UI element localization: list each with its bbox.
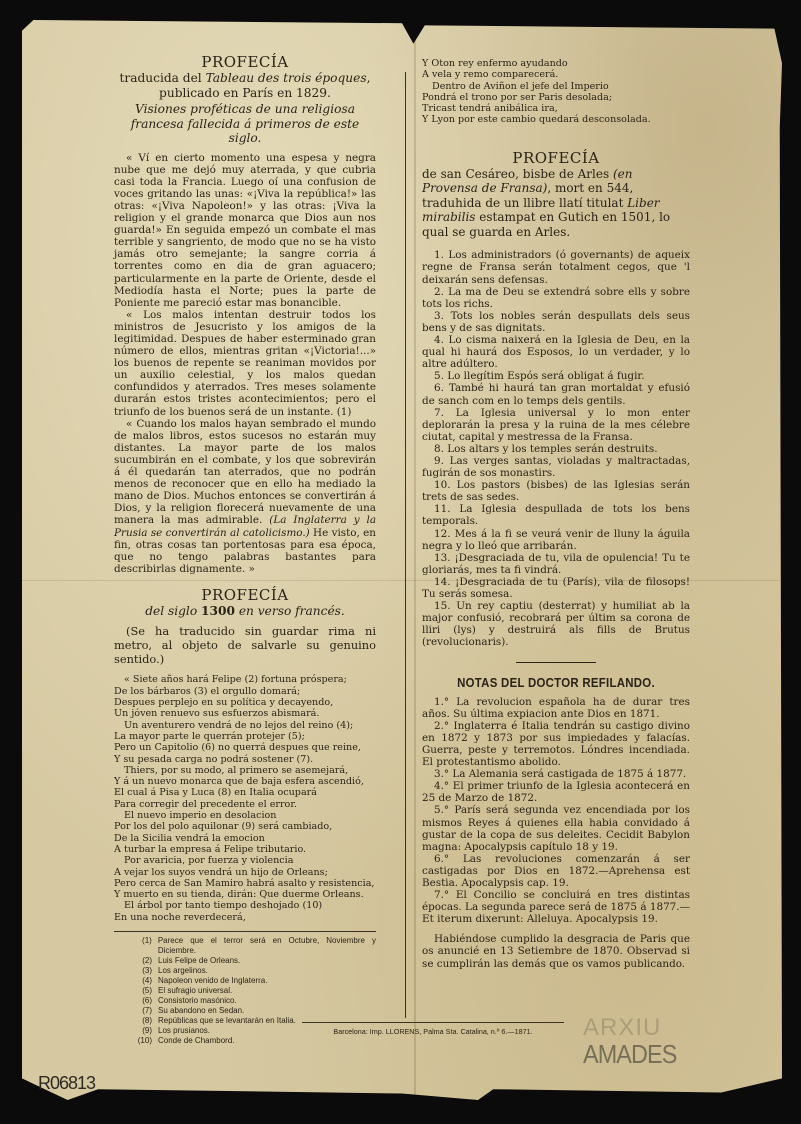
verse-line: La mayor parte le querrán protejer (5); [114, 731, 376, 742]
numbered-item: 1. Los administradors (ó governants) de … [422, 249, 690, 285]
footnote-number: (4) [132, 976, 152, 986]
footnote: (2)Luis Felipe de Orleans. [132, 956, 376, 966]
numbered-item: 1.° La revolucion española ha de durar t… [422, 696, 690, 720]
numbered-item: 8. Los altars y los temples serán destru… [422, 443, 690, 455]
numbered-item: 4. Lo cisma naixerá en la Iglesia de Deu… [422, 334, 690, 370]
subtitle-year: 1300 [201, 604, 235, 618]
column-divider [405, 72, 406, 1018]
verse-line: El árbol por tanto tiempo deshojado (10) [114, 900, 376, 911]
stamp-line-2: AMADES [583, 1041, 676, 1067]
verse-line: En una noche reverdecerá, [114, 912, 376, 923]
notas-refilando: NOTAS DEL DOCTOR REFILANDO. 1.° La revol… [422, 677, 690, 969]
translation-note: (Se ha traducido sin guardar rima ni met… [114, 624, 376, 666]
paragraph: « Los malos intentan destruir todos los … [114, 309, 376, 418]
prophecy-1300: PROFECÍA del siglo 1300 en verso francés… [114, 589, 376, 923]
verse-line: « Siete años hará Felipe (2) fortuna pró… [114, 674, 376, 685]
archive-stamp: ARXIU AMADES [583, 1015, 687, 1067]
verse-line: Despues perplejo en su política y decaye… [114, 697, 376, 708]
verse-line: Y muerto en su tienda, dirán: Que duerme… [114, 889, 376, 900]
footnote-number: (3) [132, 966, 152, 976]
notas-title: NOTAS DEL DOCTOR REFILANDO. [438, 677, 674, 689]
numbered-item: 10. Los pastors (bisbes) de las Iglesias… [422, 479, 690, 503]
center-fold [414, 20, 416, 1100]
verse-line: Y á un nuevo monarca que de baja esfera … [114, 776, 376, 787]
prophecy-items: 1. Los administradors (ó governants) de … [422, 249, 690, 648]
verse-line: A vejar los suyos vendrá un hijo de Orle… [114, 867, 376, 878]
verse-line: Dentro de Aviñon el jefe del Imperio [422, 81, 690, 92]
verse-line: Un jóven renuevo sus esfuerzos abismará. [114, 708, 376, 719]
numbered-item: 7.° El Concilio se concluirá en tres dis… [422, 889, 690, 925]
shelfmark: R06813 [38, 1073, 95, 1094]
verse-line: Y Oton rey enfermo ayudando [422, 58, 690, 69]
numbered-item: 7. La Iglesia universal y lo mon enter d… [422, 407, 690, 443]
numbered-item: 6. També hi haurá tan gran mortaldat y e… [422, 382, 690, 406]
verse-line: Pondrá el trono por ser Paris desolada; [422, 92, 690, 103]
notas-items: 1.° La revolucion española ha de durar t… [422, 696, 690, 926]
stamp-line-1: ARXIU [583, 1015, 687, 1041]
footnote: (1)Parece que el terror será en Octubre,… [132, 936, 376, 956]
paragraph: « Cuando los malos hayan sembrado el mun… [114, 418, 376, 575]
paragraph-text: « Cuando los malos hayan sembrado el mun… [114, 418, 376, 527]
footnote-number: (9) [132, 1026, 152, 1036]
verse-line: Para corregir del precedente el error. [114, 799, 376, 810]
footnote: (6)Consistorio masónico. [132, 996, 376, 1006]
section-title: PROFECÍA [422, 152, 690, 164]
verse-line: Tricast tendrá anibálica ira, [422, 103, 690, 114]
footnote: (10)Conde de Chambord. [132, 1036, 376, 1046]
section-subtitle: traducida del Tableau des trois époques,… [114, 71, 376, 100]
footnote-text: Consistorio masónico. [158, 996, 237, 1006]
footnote: (7)Su abandono en Sedan. [132, 1006, 376, 1016]
section-title: PROFECÍA [114, 589, 376, 601]
footnote-number: (7) [132, 1006, 152, 1016]
section-title: PROFECÍA [114, 56, 376, 68]
verse-line: Un aventurero vendrá de no lejos del rei… [114, 720, 376, 731]
footnote: (5)El sufragio universal. [132, 986, 376, 996]
footnote-text: Napoleon venido de Inglaterra. [158, 976, 267, 986]
printer-imprint: Barcelona: Imp. LLORENS, Palma Sta. Cata… [302, 1022, 564, 1036]
section-subtitle: del siglo 1300 en verso francés. [114, 604, 376, 619]
footnote-number: (10) [132, 1036, 152, 1046]
footnote-number: (1) [132, 936, 152, 956]
prophecy-1859: PROFECÍA traducida del Tableau des trois… [114, 56, 376, 575]
numbered-item: 4.° El primer triunfo de la Iglesia acon… [422, 780, 690, 804]
right-column: Y Oton rey enfermo ayudandoA vela y remo… [422, 58, 690, 970]
numbered-item: 14. ¡Desgraciada de tu (París), vila de … [422, 576, 690, 600]
header-a: de san Cesáreo, bisbe de Arles [422, 167, 613, 181]
verse-line: Pero un Capitolio (6) no querrá despues … [114, 742, 376, 753]
section-header: de san Cesáreo, bisbe de Arles (en Prove… [422, 167, 690, 240]
verse-continuation: Y Oton rey enfermo ayudandoA vela y remo… [422, 58, 690, 126]
divider [516, 662, 596, 663]
numbered-item: 11. La Iglesia despullada de tots los be… [422, 503, 690, 527]
footnote-text: Parece que el terror será en Octubre, No… [158, 936, 376, 956]
numbered-item: 2.° Inglaterra é Italia tendrán su casti… [422, 720, 690, 768]
work-title: Tableau des trois époques [206, 71, 367, 85]
footnote-number: (2) [132, 956, 152, 966]
numbered-item: 6.° Las revoluciones comenzarán á ser ca… [422, 853, 690, 889]
section-subtitle-italic: Visiones proféticas de una religiosa fra… [114, 102, 376, 146]
footnote-text: Conde de Chambord. [158, 1036, 235, 1046]
numbered-item: 5.° París será segunda vez encendiada po… [422, 804, 690, 852]
footnote-number: (6) [132, 996, 152, 1006]
verse-line: Por los del polo aquilonar (9) será camb… [114, 821, 376, 832]
verse-line: Pero cerca de San Mamiro habrá asalto y … [114, 878, 376, 889]
paragraph: « Ví en cierto momento una espesa y negr… [114, 152, 376, 309]
subtitle-prefix: traducida del [119, 71, 205, 85]
footnote-text: Los prusianos. [158, 1026, 210, 1036]
subtitle-b: en verso francés. [235, 604, 345, 618]
numbered-item: 9. Las verges santas, violadas y maltrac… [422, 455, 690, 479]
numbered-item: 5. Lo llegítim Espós será obligat á fugi… [422, 370, 690, 382]
verse-line: A vela y remo comparecerá. [422, 69, 690, 80]
prophecy-cesareo: PROFECÍA de san Cesáreo, bisbe de Arles … [422, 152, 690, 649]
verse-block: « Siete años hará Felipe (2) fortuna pró… [114, 674, 376, 923]
verse-line: De los bárbaros (3) el orgullo domará; [114, 686, 376, 697]
subtitle-a: del siglo [145, 604, 201, 618]
numbered-item: 13. ¡Desgraciada de tu, vila de opulenci… [422, 552, 690, 576]
verse-line: Thiers, por su modo, al primero se aseme… [114, 765, 376, 776]
closing-paragraph: Habiéndose cumplido la desgracia de Pari… [422, 933, 690, 969]
footnote-text: Los argelinos. [158, 966, 208, 976]
footnote-text: Repúblicas que se levantarán en Italia. [158, 1016, 296, 1026]
verse-line: De la Sicilia vendrá la emocion [114, 833, 376, 844]
numbered-item: 12. Mes á la fi se veurá venir de lluny … [422, 528, 690, 552]
footnote-text: Luis Felipe de Orleans. [158, 956, 240, 966]
footnote: (3)Los argelinos. [132, 966, 376, 976]
verse-line: Y Lyon por este cambio quedará desconsol… [422, 114, 690, 125]
footnote-number: (8) [132, 1016, 152, 1026]
verse-line: A turbar la empresa á Felipe tributario. [114, 844, 376, 855]
verse-line: Por avaricia, por fuerza y violencia [114, 855, 376, 866]
numbered-item: 3. Tots los nobles serán despullats dels… [422, 310, 690, 334]
numbered-item: 2. La ma de Deu se extendrá sobre ells y… [422, 286, 690, 310]
verse-line: El cual á Pisa y Luca (8) en Italia ocup… [114, 787, 376, 798]
numbered-item: 3.° La Alemania será castigada de 1875 á… [422, 768, 690, 780]
footnote: (4)Napoleon venido de Inglaterra. [132, 976, 376, 986]
footnote-text: Su abandono en Sedan. [158, 1006, 244, 1016]
footnote-text: El sufragio universal. [158, 986, 232, 996]
verse-line: Y su pesada carga no podrá sostener (7). [114, 754, 376, 765]
footnote-number: (5) [132, 986, 152, 996]
numbered-item: 15. Un rey captiu (desterrat) y humiliat… [422, 600, 690, 648]
left-column: PROFECÍA traducida del Tableau des trois… [114, 56, 376, 1046]
verse-line: El nuevo imperio en desolacion [114, 810, 376, 821]
